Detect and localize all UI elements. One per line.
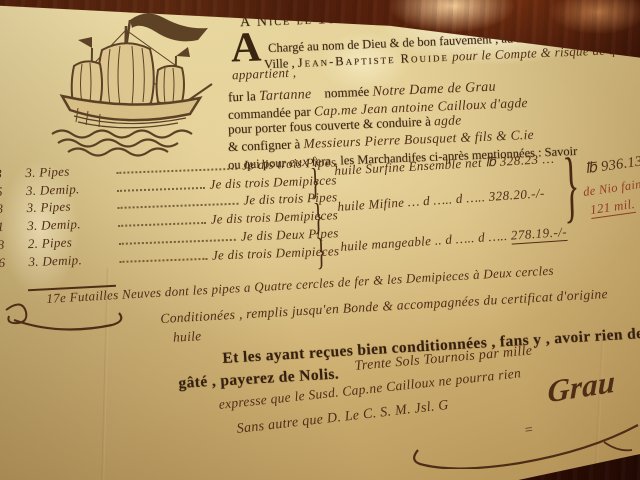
row-margin-number: 3 (0, 165, 26, 182)
oil-line-mangeable: huile mangeable .. d ….. d ….. 278.19.-/… (340, 224, 568, 255)
row-quantity: 3. Pipes (25, 162, 112, 181)
bill-of-lading-document: A Nice le 16 Juillet 1792 A Chargé au no… (0, 0, 640, 480)
row-quantity: 2. Pipes (28, 233, 115, 252)
row-quantity: 3. Demip. (28, 251, 115, 270)
dotted-leader (117, 185, 205, 191)
place-line: A Nice le 16 Juillet 1792 (240, 7, 430, 32)
oil-amount: 328.23 … (499, 151, 554, 169)
dotted-leader (118, 202, 239, 209)
condition-line-2: huile (173, 328, 202, 346)
row-margin-number: 6 (0, 254, 29, 271)
oil-amount: 328.20.-/- (488, 185, 545, 204)
consigner-printed: & configner à (228, 136, 301, 154)
signature-flourish (408, 414, 640, 469)
row-margin-number: 5 (0, 183, 26, 200)
dotted-leader (119, 238, 236, 245)
dotted-leader (116, 167, 237, 174)
oil-label: huile Mifine (337, 195, 405, 214)
appartient-handwritten: appartient , (232, 65, 297, 84)
brace-grand-total: } (562, 144, 581, 227)
total-amount: ℔ 936.13. (584, 153, 640, 178)
row-margin-number: 1 (0, 218, 27, 235)
row-spelled-out: Je dis trois Pipes (242, 154, 337, 173)
oil-detail: .. d ….. d ….. (434, 228, 508, 248)
margin-note-2-text: 121 mil. (589, 196, 636, 219)
ship-engraving (44, 4, 224, 159)
row-margin-number: 3 (0, 200, 27, 217)
row-spelled-out: Je dis trois Pipes (243, 190, 338, 209)
dotted-leader (118, 221, 206, 227)
dotted-leader (119, 257, 207, 263)
signature: Grau (547, 363, 615, 410)
oil-amount: 278.19.-/- (510, 224, 567, 245)
destination: agde (434, 112, 462, 128)
date-handwritten: 16 Juillet 1792 (318, 7, 430, 28)
paraph-flourish (0, 296, 130, 338)
sur-la-printed: fur la (228, 88, 256, 104)
dropcap-A: A (230, 29, 262, 68)
nommee-printed: nommée (324, 84, 369, 101)
row-quantity: 3. Demip. (26, 180, 113, 199)
cargo-table: 3 3. Pipes Je dis trois Pipes 5 3. Demip… (0, 152, 340, 270)
row-quantity: 3. Pipes (26, 197, 113, 216)
brace-rows-5-6: } (316, 233, 327, 272)
row-quantity: 3. Demip. (27, 215, 114, 234)
oil-label: huile mangeable (340, 233, 432, 254)
oil-line-mifine: huile Mifine … d ….. d ….. 328.20.-/- (337, 185, 545, 215)
vessel-type: Tartanne (259, 87, 312, 104)
oil-detail: … d ….. d ….. (407, 189, 485, 209)
row-margin-number: 3 (0, 236, 28, 253)
oil-label: huile Surfine (334, 159, 405, 178)
margin-note-2: 121 mil. (589, 196, 636, 218)
